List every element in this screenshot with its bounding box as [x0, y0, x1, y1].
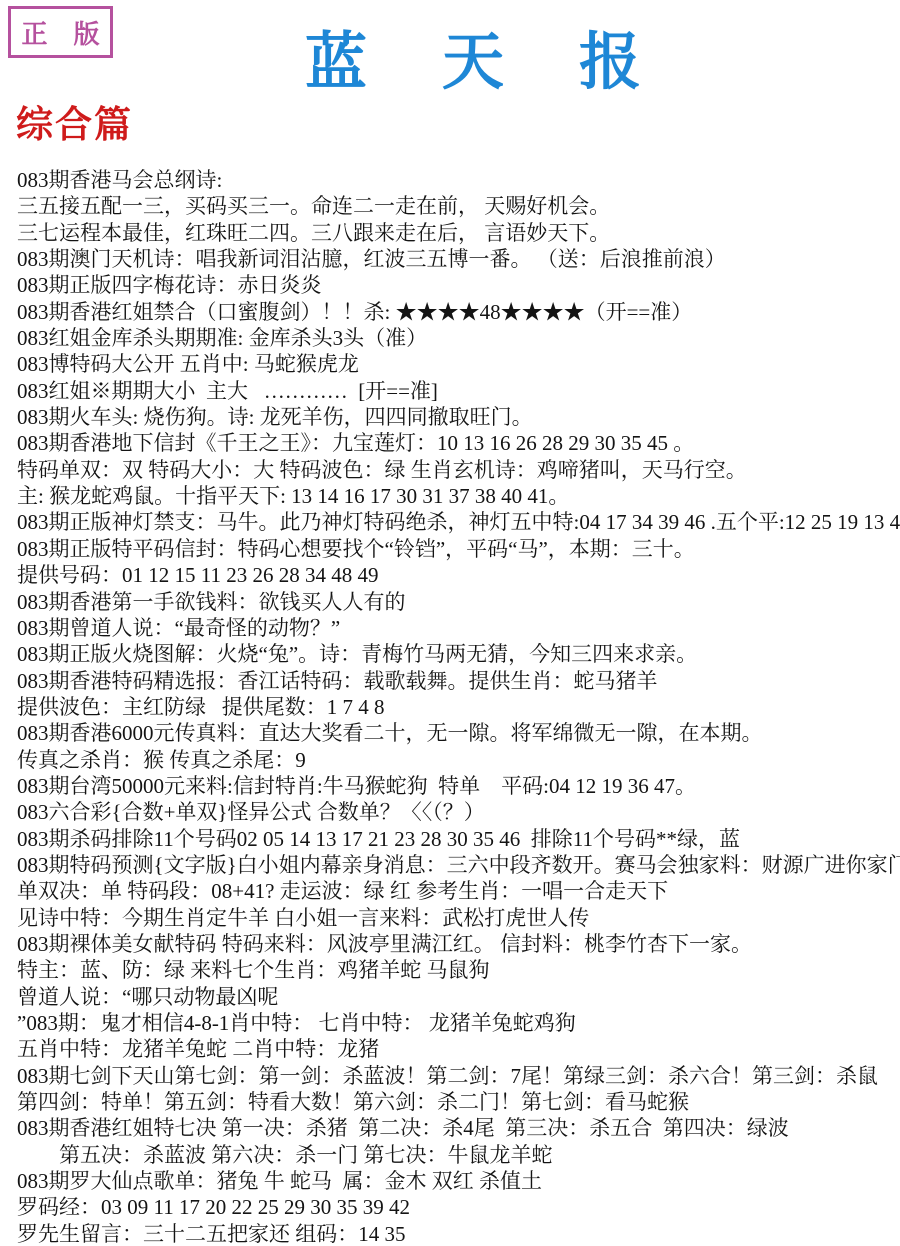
text-line: 提供号码：01 12 15 11 23 26 28 34 48 49 — [17, 562, 899, 588]
text-line: 083期香港红姐禁合（口蜜腹剑）！！杀: ★★★★48★★★★（开==准） — [17, 299, 899, 325]
text-line: 传真之杀肖：猴 传真之杀尾：9 — [17, 747, 899, 773]
text-line: 083期杀码排除11个号码02 05 14 13 17 21 23 28 30 … — [17, 826, 899, 852]
text-line: 083期香港红姐特七决 第一决：杀猪 第二决：杀4尾 第三决：杀五合 第四决：绿… — [17, 1115, 899, 1141]
text-line: 083期曾道人说：“最奇怪的动物？” — [17, 615, 899, 641]
text-line: 罗码经：03 09 11 17 20 22 25 29 30 35 39 42 — [17, 1194, 899, 1220]
text-line: 特码单双：双 特码大小：大 特码波色：绿 生肖玄机诗：鸡啼猪叫，天马行空。 — [17, 457, 899, 483]
text-line: 主: 猴龙蛇鸡鼠。十指平天下: 13 14 16 17 30 31 37 38 … — [17, 483, 899, 509]
text-line: 083期香港马会总纲诗: — [17, 167, 899, 193]
text-line: 083期罗大仙点歌单：猪兔 牛 蛇马 属：金木 双红 杀值土 — [17, 1168, 899, 1194]
text-line: 第五决：杀蓝波 第六决：杀一门 第七决：牛鼠龙羊蛇 — [17, 1142, 899, 1168]
text-line: 083期香港地下信封《千王之王》：九宝莲灯：10 13 16 26 28 29 … — [17, 430, 899, 456]
text-line: 083期澳门天机诗：唱我新词泪沾臆，红波三五博一番。 （送：后浪推前浪） — [17, 246, 899, 272]
text-line: 083期火车头: 烧伤狗。诗: 龙死羊伤，四四同撤取旺门。 — [17, 404, 899, 430]
content-lines: 083期香港马会总纲诗:三五接五配一三，买码买三一。命连二一走在前， 天赐好机会… — [17, 167, 899, 1246]
text-line: 083红姐※期期大小 主大 ………… [开==准] — [17, 378, 899, 404]
text-line: 曾道人说：“哪只动物最凶呢 — [17, 984, 899, 1010]
text-line: 083期正版神灯禁支：马牛。此乃神灯特码绝杀，神灯五中特:04 17 34 39… — [17, 509, 899, 535]
text-line: ”083期：鬼才相信4-8-1肖中特： 七肖中特： 龙猪羊兔蛇鸡狗 — [17, 1010, 899, 1036]
text-line: 083期特码预测{文字版}白小姐内幕亲身消息：三六中段齐数开。赛马会独家料：财源… — [17, 852, 899, 878]
authentic-version-badge: 正 版 — [8, 6, 113, 58]
text-line: 单双决：单 特码段：08+41? 走运波：绿 红 参考生肖：一唱一合走天下 — [17, 878, 899, 904]
text-line: 083六合彩{合数+单双}怪异公式 合数单？〈〈（？） — [17, 799, 899, 825]
text-line: 083博特码大公开 五肖中: 马蛇猴虎龙 — [17, 351, 899, 377]
text-line: 083红姐金库杀头期期准: 金库杀头3头（准） — [17, 325, 899, 351]
text-line: 三五接五配一三，买码买三一。命连二一走在前， 天赐好机会。 — [17, 193, 899, 219]
text-line: 083期香港第一手欲钱料：欲钱买人人有的 — [17, 589, 899, 615]
newspaper-page: 正 版 蓝天报 综合篇 083期香港马会总纲诗:三五接五配一三，买码买三一。命连… — [0, 0, 900, 1246]
text-line: 三七运程本最佳，红珠旺二四。三八跟来走在后， 言语妙天下。 — [17, 220, 899, 246]
text-line: 083期正版特平码信封：特码心想要找个“铃铛”，平码“马”，本期：三十。 — [17, 536, 899, 562]
text-line: 083期正版四字梅花诗：赤日炎炎 — [17, 272, 899, 298]
text-line: 五肖中特：龙猪羊兔蛇 二肖中特：龙猪 — [17, 1036, 899, 1062]
text-line: 083期香港6000元传真料：直达大奖看二十，无一隙。将军绵微无一隙，在本期。 — [17, 720, 899, 746]
text-line: 第四剑：特单！第五剑：特看大数！第六剑：杀二门！第七剑：看马蛇猴 — [17, 1089, 899, 1115]
section-heading: 综合篇 — [16, 94, 133, 148]
text-line: 083期香港特码精选报：香江话特码：载歌载舞。提供生肖：蛇马猪羊 — [17, 668, 899, 694]
text-line: 083期七剑下天山第七剑：第一剑：杀蓝波！第二剑：7尾！第绿三剑：杀六合！第三剑… — [17, 1063, 899, 1089]
text-line: 083期裸体美女献特码 特码来料：风波亭里满江红。 信封料：桃李竹杏下一家。 — [17, 931, 899, 957]
paper-title: 蓝天报 — [305, 12, 716, 101]
text-line: 见诗中特：今期生肖定牛羊 白小姐一言来料：武松打虎世人传 — [17, 905, 899, 931]
text-line: 特主：蓝、防：绿 来料七个生肖：鸡猪羊蛇 马鼠狗 — [17, 957, 899, 983]
text-line: 提供波色：主红防绿 提供尾数：1 7 4 8 — [17, 694, 899, 720]
text-line: 罗先生留言：三十二五把家还 组码：14 35 — [17, 1221, 899, 1246]
text-line: 083期台湾50000元来料:信封特肖:牛马猴蛇狗 特单 平码:04 12 19… — [17, 773, 899, 799]
text-line: 083期正版火烧图解：火烧“兔”。诗：青梅竹马两无猜，今知三四来求亲。 — [17, 641, 899, 667]
